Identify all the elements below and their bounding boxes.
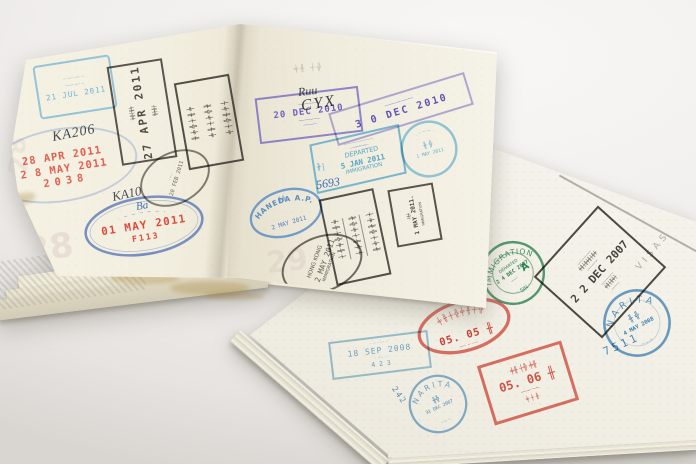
stamp-arc-bottom: · ┄ ╌ ┄ · <box>284 231 302 241</box>
stamp-ring <box>396 116 463 183</box>
stamp-column: ╪╫┼╬╪╫ <box>185 107 199 143</box>
stamp-side-text: ┼╫╪╬ <box>150 104 157 116</box>
stamp-glyphs: ╫ ╬ <box>421 140 433 150</box>
stamp-date: 1 MAY 2011 <box>416 147 445 160</box>
stamp-date: 2 MAY 2011 <box>271 214 308 231</box>
entry-stamp-blue: ┄ ╌╌ ┄╌ ┄ ╌┄╌ ╌┄ ╌ 21 JUL 2011 <box>32 54 117 120</box>
stamp-arc-bottom: · ╌ ┄ ╌ · <box>138 250 159 259</box>
photo-passports-with-stamps: VISAS ┄╌┄╌┄╌┄╌┄ ╪╫┼╬╪╫┼╬╪ ┄╌┄╌┄╌┄ 2 2 DE… <box>0 0 696 464</box>
stamp-row: ┄╌┄╌┄ <box>303 122 317 129</box>
page-stain <box>205 292 265 300</box>
stamp-arc-bottom-text: · ╌ ┄ ╌ · <box>138 250 159 259</box>
oval-stamp-blue: · ┄ ╌ ┄ ╌ ┄ · 01 MAY 2011 F113 · ╌ ┄ ╌ · <box>76 184 212 267</box>
passport-top-stamps-layer: 28 28 29 ┄ ╌╌ ┄╌ ┄ ╌┄╌ ╌┄ ╌ 21 JUL 2011 … <box>0 0 696 464</box>
immigration-stamp-black: ╪╫┼ 1 MAY 2011. IMMIGRATION <box>387 182 442 247</box>
stamp-column: ╫╬╪┼╫╪ <box>202 104 216 140</box>
passport-top: 28 28 29 ┄ ╌╌ ┄╌ ┄ ╌┄╌ ╌┄ ╌ 21 JUL 2011 … <box>0 0 696 464</box>
stamp-arc-top: · ┄ ╌ ┄ · <box>414 126 437 139</box>
stamp-arc-bottom-text: · ┄ ╌ ┄ · <box>284 231 302 241</box>
stamp-column-text: ┼╪╫╬┼╪╫ <box>364 212 380 254</box>
stamp-column: ┼╪╫╬┼╪ <box>219 101 233 137</box>
page-header-faint: ╪╫ ┼╬ <box>294 63 324 74</box>
stamp-arc-top-text: · ┄ ╌ ┄ · <box>414 126 437 139</box>
